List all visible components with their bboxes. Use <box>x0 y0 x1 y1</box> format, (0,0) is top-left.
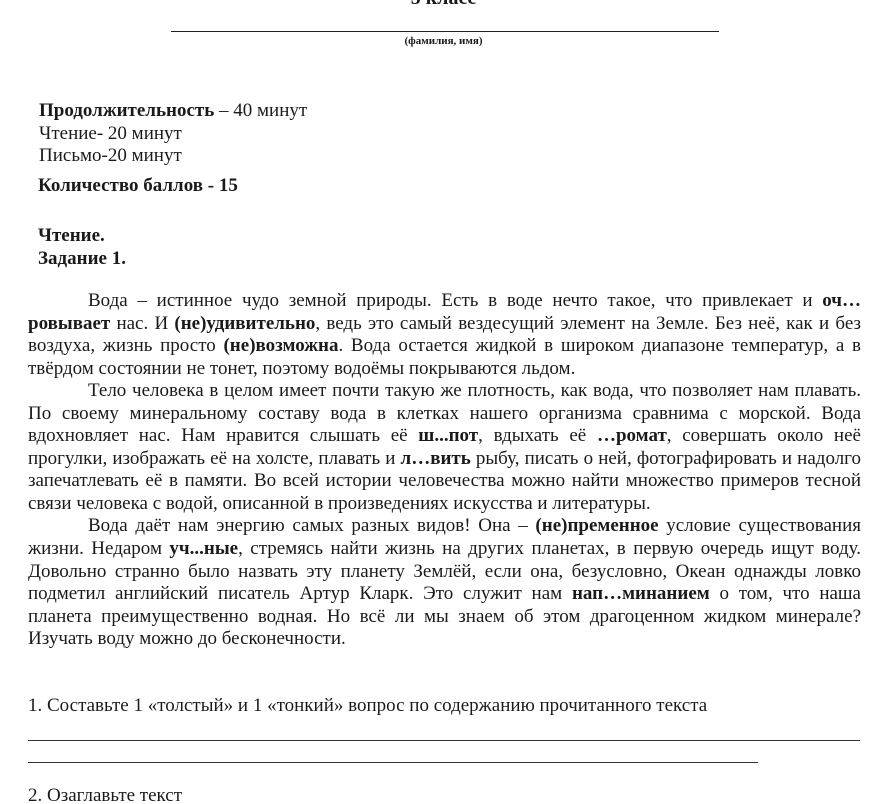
task-title: Задание 1. <box>38 248 126 271</box>
text-run: Вода – истинное чудо земной природы. Ест… <box>88 290 822 311</box>
answer-line[interactable] <box>28 762 758 763</box>
text-run: нас. И <box>110 313 174 334</box>
blank-word: уч...ные <box>169 538 238 559</box>
paragraph-2: Тело человека в целом имеет почти такую … <box>28 380 861 515</box>
reading-text: Вода – истинное чудо земной природы. Ест… <box>28 290 861 651</box>
exam-meta: Продолжительность – 40 минут Чтение- 20 … <box>39 100 307 168</box>
section-title: Чтение. <box>38 225 126 248</box>
blank-word: ш...пот <box>418 425 478 446</box>
text-run: , вдыхать её <box>478 425 597 446</box>
blank-word: нап…минанием <box>572 583 710 604</box>
grade-title: 5 класс <box>0 0 887 8</box>
section-heading: Чтение. Задание 1. <box>38 225 126 270</box>
text-run: Вода даёт нам энергию самых разных видов… <box>88 515 535 536</box>
question-1: 1. Составьте 1 «толстый» и 1 «тонкий» во… <box>28 695 707 717</box>
paragraph-3: Вода даёт нам энергию самых разных видов… <box>28 515 861 650</box>
duration-row: Продолжительность – 40 минут <box>39 100 307 123</box>
blank-word: (не)возможна <box>223 335 338 356</box>
blank-word: л…вить <box>401 448 471 469</box>
score-total: Количество баллов - 15 <box>38 175 238 197</box>
duration-label: Продолжительность <box>39 100 214 121</box>
duration-value: – 40 минут <box>214 100 307 121</box>
reading-time: Чтение- 20 минут <box>39 123 307 146</box>
paragraph-1: Вода – истинное чудо земной природы. Ест… <box>28 290 861 380</box>
name-caption: (фамилия, имя) <box>0 35 887 47</box>
name-answer-line[interactable] <box>171 31 719 32</box>
blank-word: (не)удивительно <box>174 313 315 334</box>
blank-word: (не)пременное <box>535 515 658 536</box>
blank-word: …ромат <box>597 425 667 446</box>
answer-line[interactable] <box>28 740 860 741</box>
writing-time: Письмо-20 минут <box>39 145 307 168</box>
question-2: 2. Озаглавьте текст <box>28 785 182 804</box>
